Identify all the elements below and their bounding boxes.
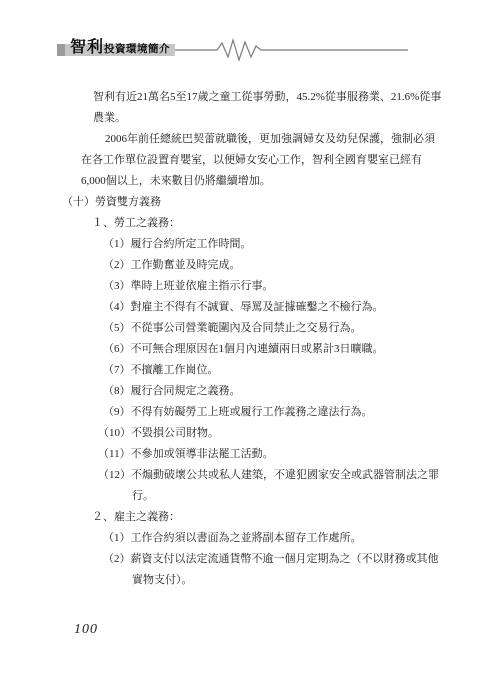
text-line: 行。 xyxy=(0,486,480,507)
text-line: 2006年前任總統巴契蕾就職後，更加強調婦女及幼兒保護，強制必須 xyxy=(0,129,480,150)
text-line: （1）履行合約所定工作時間。 xyxy=(0,234,480,255)
text-line: 實物支付）。 xyxy=(0,570,480,591)
text-line: （9）不得有妨礙勞工上班或履行工作義務之違法行為。 xyxy=(0,402,480,423)
text-line: （5）不從事公司營業範圍內及合同禁止之交易行為。 xyxy=(0,318,480,339)
text-line: （10）不毀損公司財物。 xyxy=(0,423,480,444)
text-line: （11）不參加或領導非法罷工活動。 xyxy=(0,444,480,465)
header-bar-cap xyxy=(57,44,65,56)
header-title-sub: 投資環境簡介 xyxy=(104,41,170,56)
page-header-title: 智利投資環境簡介 xyxy=(70,34,170,57)
text-line: （十）勞資雙方義務 xyxy=(0,192,480,213)
text-line: 農業。 xyxy=(0,108,480,129)
text-line: ２、雇主之義務： xyxy=(0,507,480,528)
text-line: （8）履行合同規定之義務。 xyxy=(0,381,480,402)
text-line: 在各工作單位設置育嬰室，以便婦女安心工作，智利全國育嬰室已經有 xyxy=(0,150,480,171)
text-line: （6）不可無合理原因在1個月內連續兩日或累計3日曠職。 xyxy=(0,339,480,360)
text-line: （12）不煽動破壞公共或私人建築，不違犯國家安全或武器管制法之罪 xyxy=(0,465,480,486)
body-text: 智利有近21萬名5至17歲之童工從事勞動，45.2%從事服務業、21.6%從事農… xyxy=(0,87,480,591)
text-line: （2）薪資支付以法定流通貨幣不逾一個月定期為之（不以財務或其他 xyxy=(0,549,480,570)
text-line: （3）準時上班並依雇主指示行事。 xyxy=(0,276,480,297)
text-line: （7）不擅離工作崗位。 xyxy=(0,360,480,381)
document-page: 智利投資環境簡介 智利有近21萬名5至17歲之童工從事勞動，45.2%從事服務業… xyxy=(0,0,480,679)
text-line: （1）工作合約須以書面為之並將副本留存工作處所。 xyxy=(0,528,480,549)
page-number: 100 xyxy=(74,622,98,638)
text-line: （2）工作勤奮並及時完成。 xyxy=(0,255,480,276)
header-title-main: 智利 xyxy=(70,34,104,57)
text-line: 智利有近21萬名5至17歲之童工從事勞動，45.2%從事服務業、21.6%從事 xyxy=(0,87,480,108)
text-line: （4）對雇主不得有不誠實、辱罵及証據確鑿之不檢行為。 xyxy=(0,297,480,318)
header-pulse-rule-icon xyxy=(175,37,410,63)
text-line: 6,000個以上，未來數目仍將繼續增加。 xyxy=(0,171,480,192)
text-line: １、勞工之義務： xyxy=(0,213,480,234)
